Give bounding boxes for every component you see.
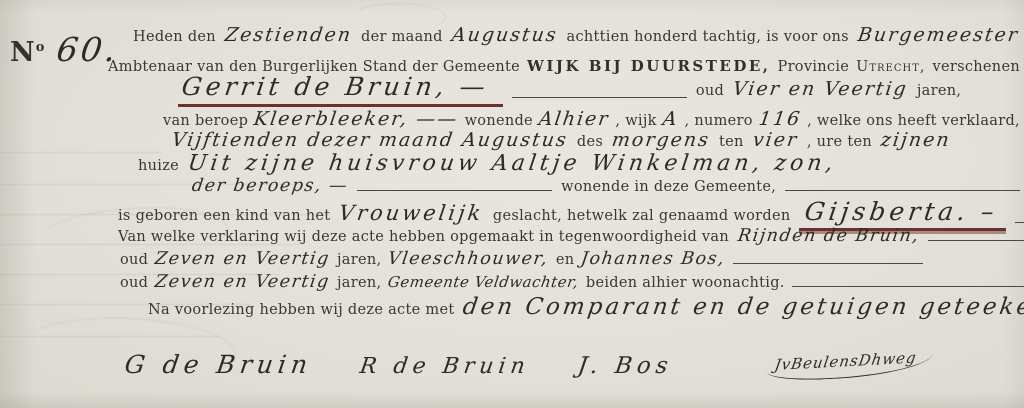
document-line-6: huize Uit zijne huisvrouw Aaltje Winkelm… bbox=[138, 151, 837, 176]
hw-zijnen: zijnen bbox=[879, 129, 952, 151]
hw-district-letter: A bbox=[661, 108, 680, 130]
blank-rule bbox=[733, 263, 923, 265]
printed-text: jaren, bbox=[917, 83, 961, 99]
signature-burgemeester-row: JvBeulensDhweg bbox=[768, 352, 932, 378]
document-line-1: Heden den Zestienden der maand Augustus … bbox=[133, 24, 1024, 46]
hw-mother-name: Uit zijne huisvrouw Aaltje Winkelman, zo… bbox=[186, 151, 838, 176]
act-number: No 60. bbox=[10, 30, 119, 69]
signature-witness1: R de Bruin bbox=[358, 354, 531, 379]
printed-text: jaren, bbox=[337, 252, 381, 268]
printed-text: oud bbox=[120, 252, 148, 268]
act-number-label: No bbox=[10, 37, 45, 68]
document-line-11: oud Zeven en Veertig jaren, Gemeente Vel… bbox=[120, 272, 1024, 292]
hw-residence: Alhier bbox=[537, 108, 611, 130]
blank-rule bbox=[785, 190, 1020, 192]
hw-witness1-occupation: Vleeschhouwer, bbox=[387, 249, 550, 269]
hw-official-title: Burgemeester , bbox=[856, 24, 1024, 46]
hw-witness1-age: Zeven en Veertig bbox=[154, 249, 332, 269]
hw-witness2-name: Johannes Bos, bbox=[580, 249, 727, 269]
document-line-3: Gerrit de Bruin, — oud Vier en Veertig j… bbox=[178, 72, 961, 107]
hw-house-number: 116 bbox=[757, 108, 802, 130]
printed-text: is geboren een kind van het bbox=[118, 208, 330, 224]
hw-act-day: Zestienden bbox=[223, 24, 353, 46]
printed-text: huize bbox=[138, 158, 179, 174]
printed-text: achttien honderd tachtig, is voor ons bbox=[567, 29, 849, 45]
hw-witness2-occupation: Gemeente Veldwachter, bbox=[387, 273, 580, 291]
birth-certificate-scan: No 60. Heden den Zestienden der maand Au… bbox=[0, 0, 1024, 408]
blank-rule bbox=[928, 240, 1024, 242]
hw-witness2-age: Zeven en Veertig bbox=[154, 272, 332, 292]
signature-witness2: J. Bos bbox=[576, 353, 674, 379]
blank-rule bbox=[792, 286, 1024, 288]
hw-child-gender: Vrouwelijk bbox=[338, 201, 486, 225]
printed-text: Heden den bbox=[133, 29, 216, 45]
printed-text: des bbox=[577, 134, 603, 150]
document-line-10: oud Zeven en Veertig jaren, Vleeschhouwe… bbox=[120, 249, 923, 269]
printed-text: , welke ons heeft verklaard, dat op den bbox=[807, 113, 1024, 129]
printed-text: , ure ten bbox=[807, 134, 872, 150]
ghost-ruled-line bbox=[0, 152, 160, 153]
document-line-4: van beroep Kleerbleeker, —— wonende Alhi… bbox=[163, 108, 1024, 130]
hw-birth-hour: vier bbox=[751, 129, 799, 151]
hw-child-name: Gijsberta. – bbox=[803, 197, 1000, 226]
printed-text: oud bbox=[696, 83, 724, 99]
printed-text: van beroep bbox=[163, 113, 248, 129]
signature-declarant: G de Bruin bbox=[123, 350, 314, 379]
printed-text: en bbox=[556, 252, 575, 268]
printed-text: wonende in deze Gemeente, bbox=[561, 179, 776, 195]
document-line-5: Vijftienden dezer maand Augustus des mor… bbox=[172, 129, 951, 151]
printed-text: beiden alhier woonachtig. bbox=[586, 275, 785, 291]
signature-row: G de Bruin R de Bruin J. Bos bbox=[125, 350, 673, 379]
printed-text: geslacht, hetwelk zal genaamd worden bbox=[493, 208, 791, 224]
blank-rule bbox=[357, 190, 552, 192]
hw-declarant-occupation: Kleerbleeker, —— bbox=[253, 108, 460, 130]
blank-rule bbox=[512, 97, 687, 99]
hw-birth-date: Vijftienden dezer maand Augustus bbox=[170, 129, 569, 151]
printed-text: jaren, bbox=[337, 275, 381, 291]
document-line-7: der beroeps, — wonende in deze Gemeente, bbox=[192, 176, 1020, 196]
hw-act-month: Augustus bbox=[450, 24, 559, 46]
blank-rule bbox=[1015, 222, 1024, 224]
red-underline: Gerrit de Bruin, — bbox=[178, 72, 503, 107]
ghost-ruled-line bbox=[0, 336, 220, 337]
hw-closing-clause: den Comparant en de getuigen geteekend.– bbox=[462, 294, 1024, 320]
document-line-12: Na voorlezing hebben wij deze acte met d… bbox=[148, 294, 1024, 320]
printed-text: ten bbox=[719, 134, 744, 150]
hw-declarant-name: Gerrit de Bruin, — bbox=[180, 72, 491, 101]
signature-burgemeester: JvBeulensDhweg bbox=[766, 348, 934, 383]
hw-declarant-age: Vier en Veertig bbox=[732, 78, 910, 100]
printed-text: , wijk bbox=[615, 113, 656, 129]
document-line-9: Van welke verklaring wij deze acte hebbe… bbox=[118, 226, 1024, 246]
printed-text: Na voorlezing hebben wij deze acte met bbox=[148, 302, 454, 318]
printed-text: oud bbox=[120, 275, 148, 291]
hw-witness1-name: Rijnden de Bruin, bbox=[737, 226, 921, 246]
hw-time-of-day: morgens bbox=[611, 129, 712, 151]
printed-text: der maand bbox=[361, 29, 443, 45]
printed-text: Van welke verklaring wij deze acte hebbe… bbox=[118, 229, 729, 245]
hw-occupation-continued: der beroeps, — bbox=[191, 176, 350, 196]
printed-text: wonende bbox=[465, 113, 533, 129]
printed-text: , numero bbox=[685, 113, 753, 129]
